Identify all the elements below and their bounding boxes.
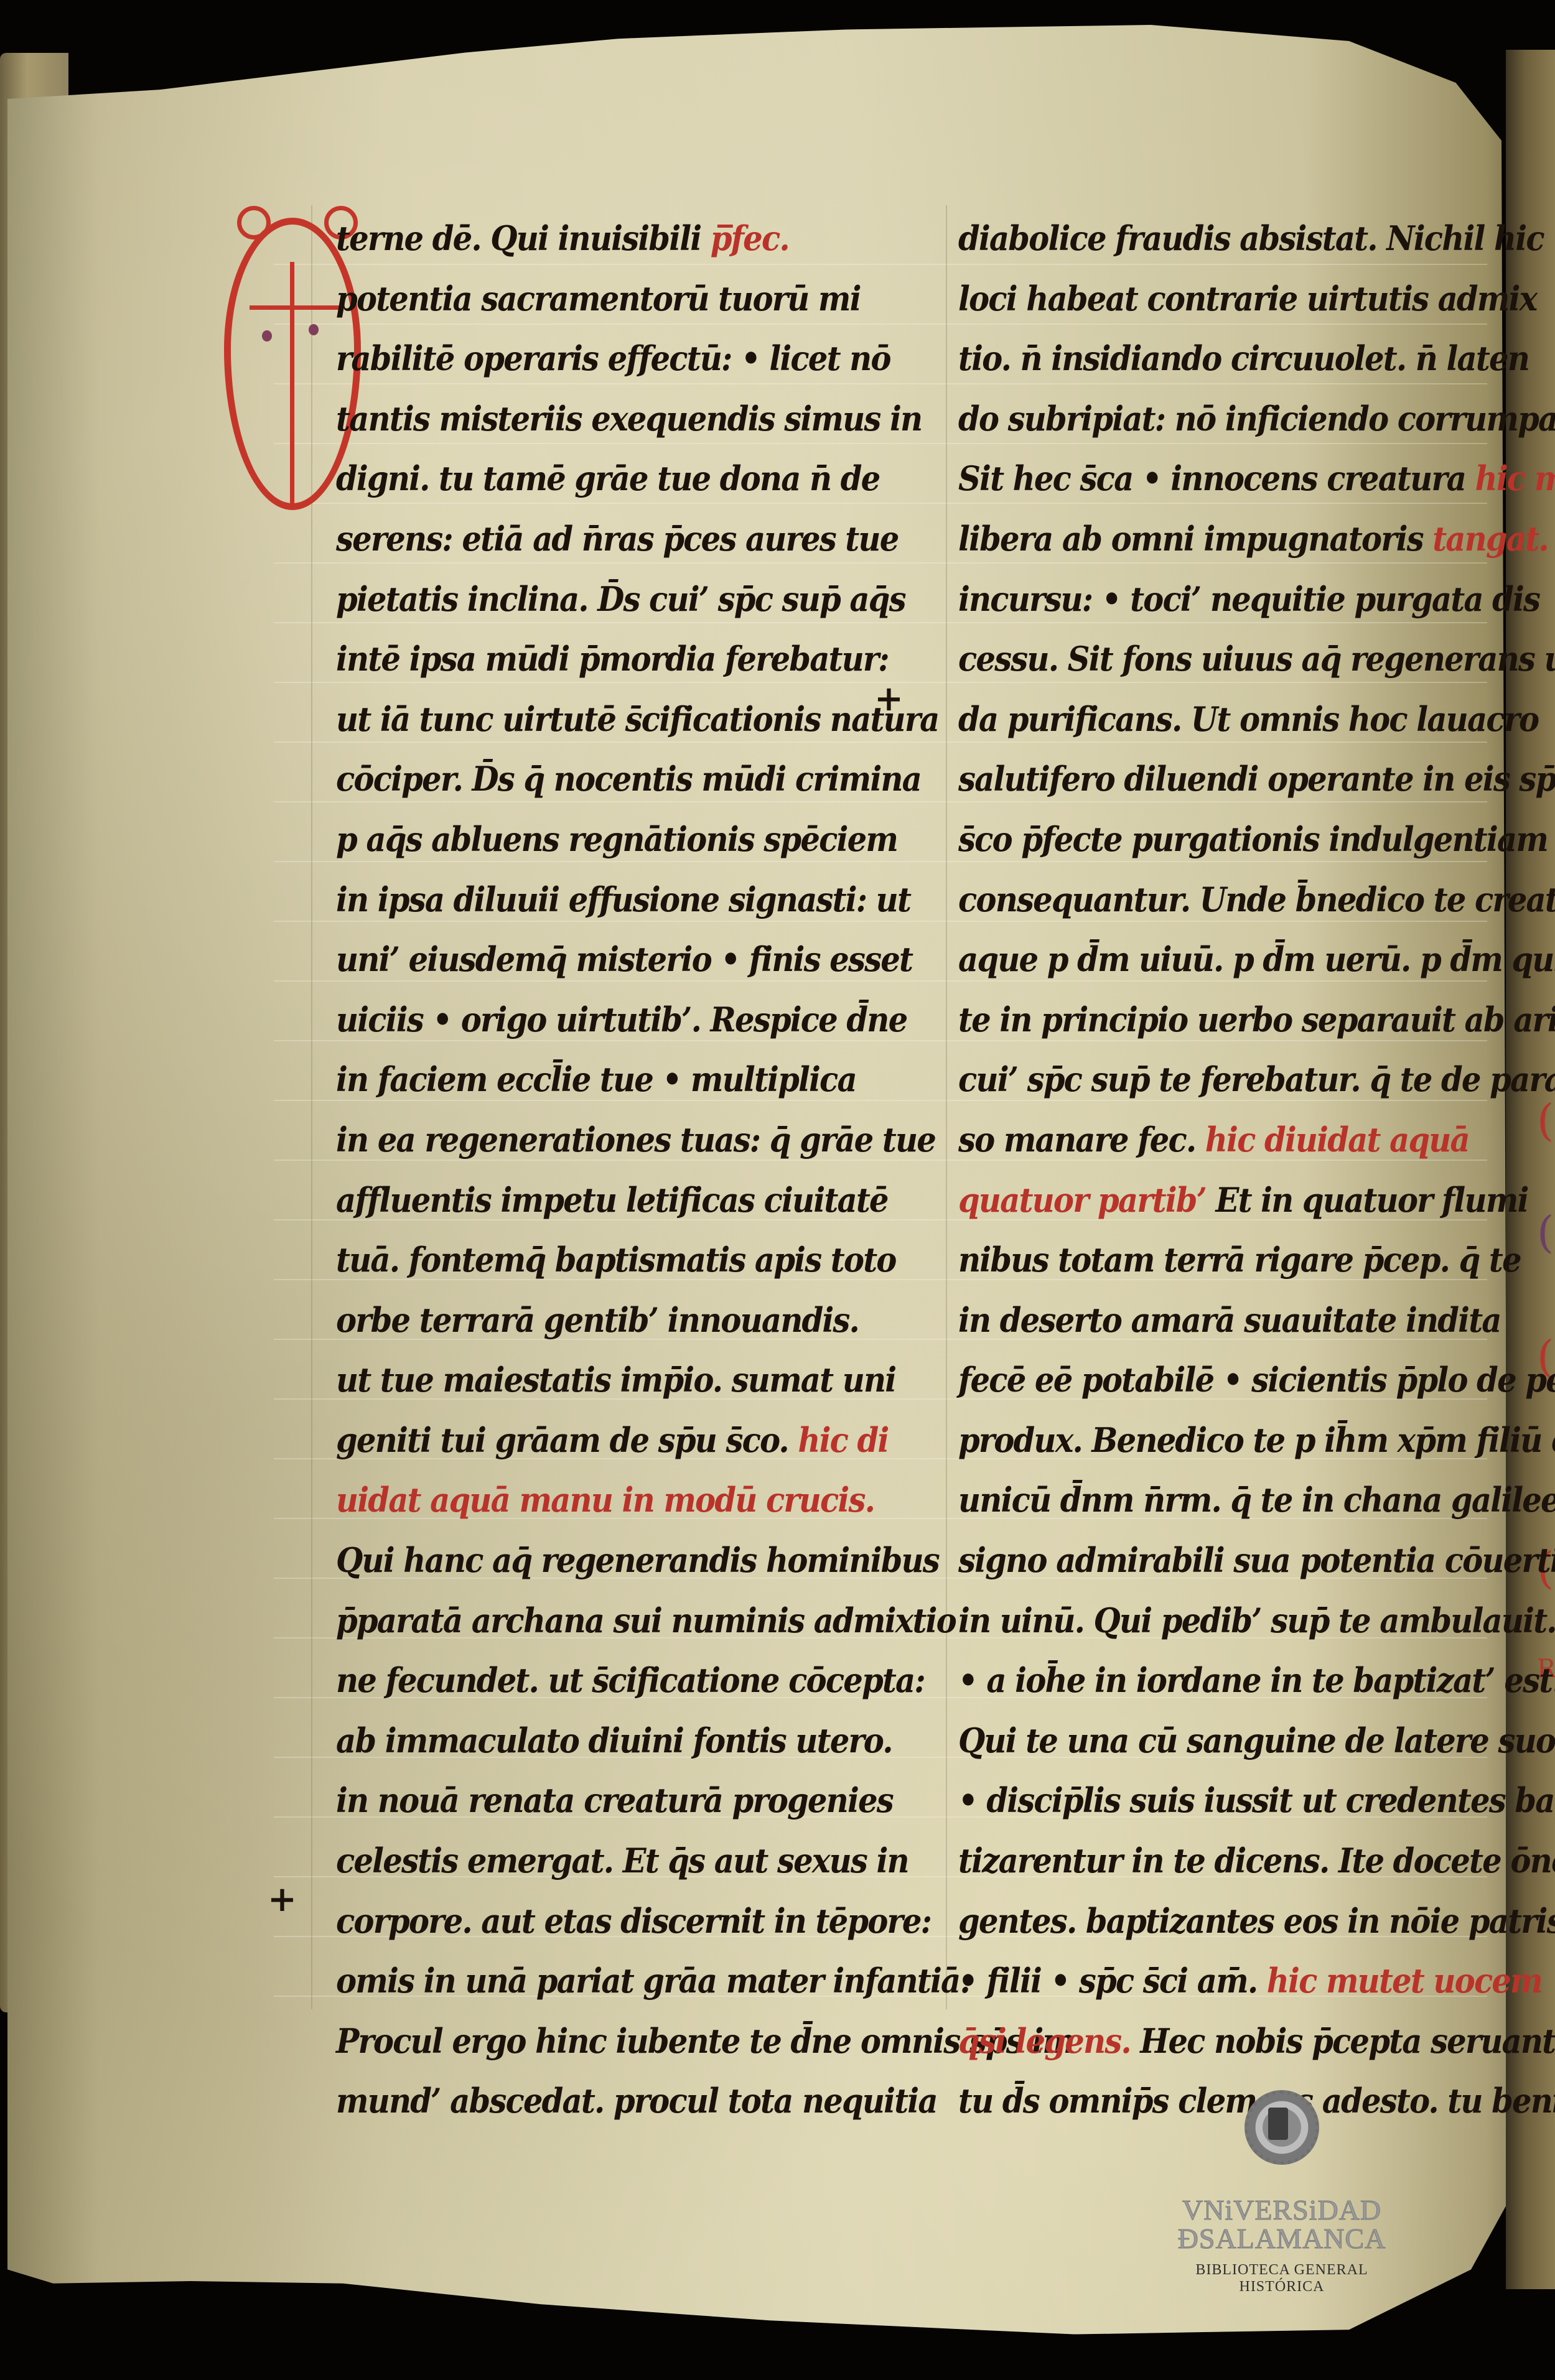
text-line: serens: etiā ad n̄ras p̄ces aures tue	[336, 509, 908, 569]
text-line: aque p d̄m uiuū. p d̄m uerū. p d̄m qui	[958, 929, 1531, 990]
rubric-text: tangat.	[1432, 519, 1548, 559]
text-line: omis in unā pariat grāa mater infantiā.	[336, 1951, 908, 2011]
line-text: in nouā renata creaturā progenies	[336, 1780, 893, 1820]
line-text: tuā. fontemq̄ baptismatis apis toto	[336, 1240, 896, 1280]
line-text: ne fecundet. ut s̄cificatione cōcepta:	[336, 1660, 925, 1700]
watermark-line-3: BIBLIOTECA GENERAL HISTÓRICA	[1151, 2262, 1413, 2295]
line-text: Sit hec s̄ca • innocens creatura	[958, 458, 1475, 498]
line-text: s̄co p̄fecte purgationis indulgentiam	[958, 819, 1548, 859]
line-text: corpore. aut etas discernit in tēpore:	[336, 1901, 931, 1941]
dot-ornament	[309, 324, 319, 335]
watermark-line-1: VNiVERSiDAD	[1151, 2196, 1413, 2224]
text-line: loci habeat contrarie uirtutis admix	[958, 269, 1531, 329]
text-line: so manare fec. hic diuidat aquā	[958, 1110, 1531, 1170]
text-line: salutifero diluendi operante in eis sp̄u	[958, 749, 1531, 809]
line-text: tantis misteriis exequendis simus in	[336, 399, 922, 439]
text-line: cōciper. D̄s q̄ nocentis mūdi crimina	[336, 749, 908, 809]
text-line: s̄co p̄fecte purgationis indulgentiam	[958, 809, 1531, 870]
line-text: potentia sacramentorū tuorū mi	[336, 279, 861, 318]
line-text: ut iā tunc uirtutē s̄cificationis natura	[336, 699, 939, 739]
line-text: in deserto amarā suauitate indita	[958, 1300, 1501, 1340]
text-line: uidat aquā manu in modū crucis.	[336, 1470, 908, 1530]
line-text: cessu. Sit fons uiuus aq̄ regenerans un	[958, 639, 1555, 679]
text-line: incursu: • toci’ nequitie purgata dis	[958, 569, 1531, 630]
line-text: te in principio uerbo separauit ab arida	[958, 1000, 1555, 1039]
rubric-text: hic diuidat aquā	[1205, 1120, 1469, 1160]
margin-mark: +	[268, 1879, 297, 1920]
line-text: p̄paratā archana sui numinis admixtio	[336, 1601, 956, 1640]
text-line: uiciis • origo uirtutib’. Respice d̄ne	[336, 990, 908, 1050]
text-line: Sit hec s̄ca • innocens creatura hic man…	[958, 449, 1531, 509]
line-text: in ipsa diluuii effusione signasti: ut	[336, 880, 910, 919]
line-text: salutifero diluendi operante in eis sp̄u	[958, 759, 1555, 799]
line-text: p aq̄s abluens regnātionis spēciem	[336, 819, 897, 859]
line-text: Hec nobis p̄cepta seruantib’	[1140, 2021, 1555, 2061]
line-text: in ea regenerationes tuas: q̄ grāe tue	[336, 1120, 935, 1160]
line-text: consequantur. Unde b̄nedico te creatura	[958, 880, 1555, 919]
line-text: signo admirabili sua potentia cōuertit	[958, 1540, 1555, 1580]
text-line: ne fecundet. ut s̄cificatione cōcepta:	[336, 1650, 908, 1711]
text-line: digni. tu tamē grāe tue dona n̄ de	[336, 449, 908, 509]
right-text-column: diabolice fraudis absistat. Nichil hiclo…	[958, 208, 1555, 2131]
text-line: • discip̄lis suis iussit ut credentes ba…	[958, 1770, 1531, 1831]
line-text: Qui te una cū sanguine de latere suo pro…	[958, 1721, 1555, 1760]
text-line: ut tue maiestatis imp̄io. sumat uni	[336, 1350, 908, 1410]
dot-ornament	[262, 330, 272, 342]
text-line: in nouā renata creaturā progenies	[336, 1770, 908, 1831]
line-text: unicū d̄nm n̄rm. q̄ te in chana galilee	[958, 1480, 1555, 1520]
line-text: Qui hanc aq̄ regenerandis hominibus	[336, 1540, 939, 1580]
left-text-column: terne dē. Qui inuisibili p̅fec.potentia …	[336, 208, 958, 2131]
rubric-text: hic di	[798, 1420, 888, 1460]
line-text: • a ioh̄e in iordane in te baptizat’ est…	[958, 1660, 1555, 1700]
line-text: terne dē.	[336, 218, 490, 258]
initial-curl-left-icon	[237, 206, 271, 239]
text-line: libera ab omni impugnatoris tangat.	[958, 509, 1531, 569]
line-text: da purificans. Ut omnis hoc lauacro	[958, 699, 1538, 739]
line-text: produx. Benedico te p ih̄m xp̄m filiū e…	[958, 1420, 1555, 1460]
line-text: serens: etiā ad n̄ras p̄ces aures tue	[336, 519, 898, 559]
line-text: intē ipsa mūdi p̄mordia ferebatur:	[336, 639, 889, 679]
university-seal-icon	[1244, 2090, 1319, 2165]
text-line: cui’ sp̄c sup̄ te ferebatur. q̄ te de pa…	[958, 1049, 1531, 1110]
rubric-text: hic mutet uocem	[1267, 1961, 1542, 2001]
text-line: geniti tui grāam de sp̄u s̄co. hic di	[336, 1410, 908, 1471]
text-line: intē ipsa mūdi p̄mordia ferebatur:	[336, 629, 908, 689]
text-line: unicū d̄nm n̄rm. q̄ te in chana galilee	[958, 1470, 1531, 1530]
margin-mark: +	[874, 678, 904, 719]
text-line: signo admirabili sua potentia cōuertit	[958, 1530, 1531, 1591]
text-line: Qui te una cū sanguine de latere suo pro…	[958, 1711, 1531, 1771]
line-text: Qui inuisibili	[490, 218, 710, 258]
line-text: incursu: • toci’ nequitie purgata dis	[958, 579, 1539, 619]
text-line: diabolice fraudis absistat. Nichil hic	[958, 208, 1531, 269]
text-line: • filii • sp̄c s̄ci am̄. hic mutet uocem	[958, 1951, 1531, 2011]
line-text: diabolice fraudis absistat. Nichil hic	[958, 218, 1544, 258]
line-text: loci habeat contrarie uirtutis admix	[958, 279, 1536, 318]
line-text: • discip̄lis suis iussit ut credentes ba…	[958, 1780, 1555, 1820]
text-line: tantis misteriis exequendis simus in	[336, 389, 908, 449]
line-text: uni’ eiusdemq̄ misterio • finis esset	[336, 939, 912, 979]
line-text: rabilitē operaris effectū: • licet nō	[336, 338, 890, 378]
watermark-line-2: ÐSALAMANCA	[1151, 2224, 1413, 2253]
text-line: terne dē. Qui inuisibili p̅fec.	[336, 208, 908, 269]
text-line: in ipsa diluuii effusione signasti: ut	[336, 870, 908, 930]
text-line: uni’ eiusdemq̄ misterio • finis esset	[336, 929, 908, 990]
line-text: nibus totam terrā rigare p̄cep. q̄ te	[958, 1240, 1521, 1280]
text-line: cessu. Sit fons uiuus aq̄ regenerans un	[958, 629, 1531, 689]
library-watermark: VNiVERSiDAD ÐSALAMANCA BIBLIOTECA GENERA…	[1151, 2090, 1413, 2295]
line-text: fecē eē potabilē • sicientis p̄plo de pe…	[958, 1360, 1555, 1400]
line-text: in uinū. Qui pedib’ sup̄ te ambulauit.	[958, 1601, 1555, 1640]
line-text: aque p d̄m uiuū. p d̄m uerū. p d̄m qui	[958, 939, 1555, 979]
line-text: in faciem eccl̄ie tue • multiplica	[336, 1059, 856, 1099]
text-line: quatuor partib’ Et in quatuor flumi	[958, 1170, 1531, 1230]
text-line: in ea regenerationes tuas: q̄ grāe tue	[336, 1110, 908, 1170]
text-line: Procul ergo hinc iubente te d̄ne omnis s…	[336, 2011, 908, 2071]
line-text: gentes. baptizantes eos in nōie patris	[958, 1901, 1555, 1941]
text-line: corpore. aut etas discernit in tēpore:	[336, 1891, 908, 1951]
line-text: Et in quatuor flumi	[1216, 1180, 1528, 1220]
line-text: ab immaculato diuini fontis utero.	[336, 1721, 892, 1760]
cross-icon	[290, 262, 294, 504]
line-text: so manare fec.	[958, 1120, 1205, 1160]
line-text: do subripiat: nō inficiendo corrumpat.	[958, 399, 1555, 439]
line-text: tio. n̄ insidiando circuuolet. n̄ laten	[958, 338, 1529, 378]
line-text: cōciper. D̄s q̄ nocentis mūdi crimina	[336, 759, 921, 799]
text-line: nibus totam terrā rigare p̄cep. q̄ te	[958, 1230, 1531, 1290]
text-line: • a ioh̄e in iordane in te baptizat’ est…	[958, 1650, 1531, 1711]
text-line: Qui hanc aq̄ regenerandis hominibus	[336, 1530, 908, 1591]
line-text: tizarentur in te dicens. Ite docete ōne…	[958, 1841, 1555, 1880]
line-text: uiciis • origo uirtutib’. Respice d̄ne	[336, 1000, 907, 1039]
text-line: potentia sacramentorū tuorū mi	[336, 269, 908, 329]
line-text: affluentis impetu letificas ciuitatē	[336, 1180, 888, 1220]
text-line: tio. n̄ insidiando circuuolet. n̄ laten	[958, 328, 1531, 389]
text-line: tizarentur in te dicens. Ite docete ōne…	[958, 1831, 1531, 1891]
text-line: consequantur. Unde b̄nedico te creatura	[958, 870, 1531, 930]
text-line: celestis emergat. Et q̄s aut sexus in	[336, 1831, 908, 1891]
cross-bar	[250, 305, 340, 310]
text-line: tuā. fontemq̄ baptismatis apis toto	[336, 1230, 908, 1290]
text-line: pietatis inclina. D̄s cui’ sp̄c sup̄ aq̄…	[336, 569, 908, 630]
text-line: q̄si legens. Hec nobis p̄cepta seruantib…	[958, 2011, 1531, 2071]
text-line: rabilitē operaris effectū: • licet nō	[336, 328, 908, 389]
text-line: affluentis impetu letificas ciuitatē	[336, 1170, 908, 1230]
text-line: da purificans. Ut omnis hoc lauacro	[958, 689, 1531, 750]
text-line: gentes. baptizantes eos in nōie patris	[958, 1891, 1531, 1951]
text-line: ab immaculato diuini fontis utero.	[336, 1711, 908, 1771]
text-line: te in principio uerbo separauit ab arida	[958, 990, 1531, 1050]
line-text: digni. tu tamē grāe tue dona n̄ de	[336, 458, 879, 498]
text-line: p̄paratā archana sui numinis admixtio	[336, 1591, 908, 1651]
text-line: p aq̄s abluens regnātionis spēciem	[336, 809, 908, 870]
line-text: ut tue maiestatis imp̄io. sumat uni	[336, 1360, 895, 1400]
text-line: ut iā tunc uirtutē s̄cificationis natura	[336, 689, 908, 750]
rubric-text: q̄si legens.	[958, 2021, 1140, 2061]
text-line: in deserto amarā suauitate indita	[958, 1290, 1531, 1350]
rubric-text: p̅fec.	[711, 218, 789, 258]
rubric-text: hic manu	[1475, 458, 1555, 498]
text-line: mund’ abscedat. procul tota nequitia	[336, 2071, 908, 2131]
line-text: celestis emergat. Et q̄s aut sexus in	[336, 1841, 908, 1880]
line-text: pietatis inclina. D̄s cui’ sp̄c sup̄ aq̄…	[336, 579, 905, 619]
line-text: geniti tui grāam de sp̄u s̄co.	[336, 1420, 798, 1460]
text-line: do subripiat: nō inficiendo corrumpat.	[958, 389, 1531, 449]
rubric-text: uidat aquā manu in modū crucis.	[336, 1480, 874, 1520]
line-text: orbe terrarā gentib’ innouandis.	[336, 1300, 859, 1340]
text-line: fecē eē potabilē • sicientis p̄plo de pe…	[958, 1350, 1531, 1410]
line-text: mund’ abscedat. procul tota nequitia	[336, 2081, 937, 2121]
rubric-text: quatuor partib’	[958, 1180, 1216, 1220]
text-line: produx. Benedico te p ih̄m xp̄m filiū e…	[958, 1410, 1531, 1471]
line-text: cui’ sp̄c sup̄ te ferebatur. q̄ te de pa…	[958, 1059, 1555, 1099]
text-line: in faciem eccl̄ie tue • multiplica	[336, 1049, 908, 1110]
line-text: libera ab omni impugnatoris	[958, 519, 1432, 559]
text-line: orbe terrarā gentib’ innouandis.	[336, 1290, 908, 1350]
line-text: omis in unā pariat grāa mater infantiā.	[336, 1961, 969, 2001]
line-text: • filii • sp̄c s̄ci am̄.	[958, 1961, 1267, 2001]
text-line: in uinū. Qui pedib’ sup̄ te ambulauit.	[958, 1591, 1531, 1651]
